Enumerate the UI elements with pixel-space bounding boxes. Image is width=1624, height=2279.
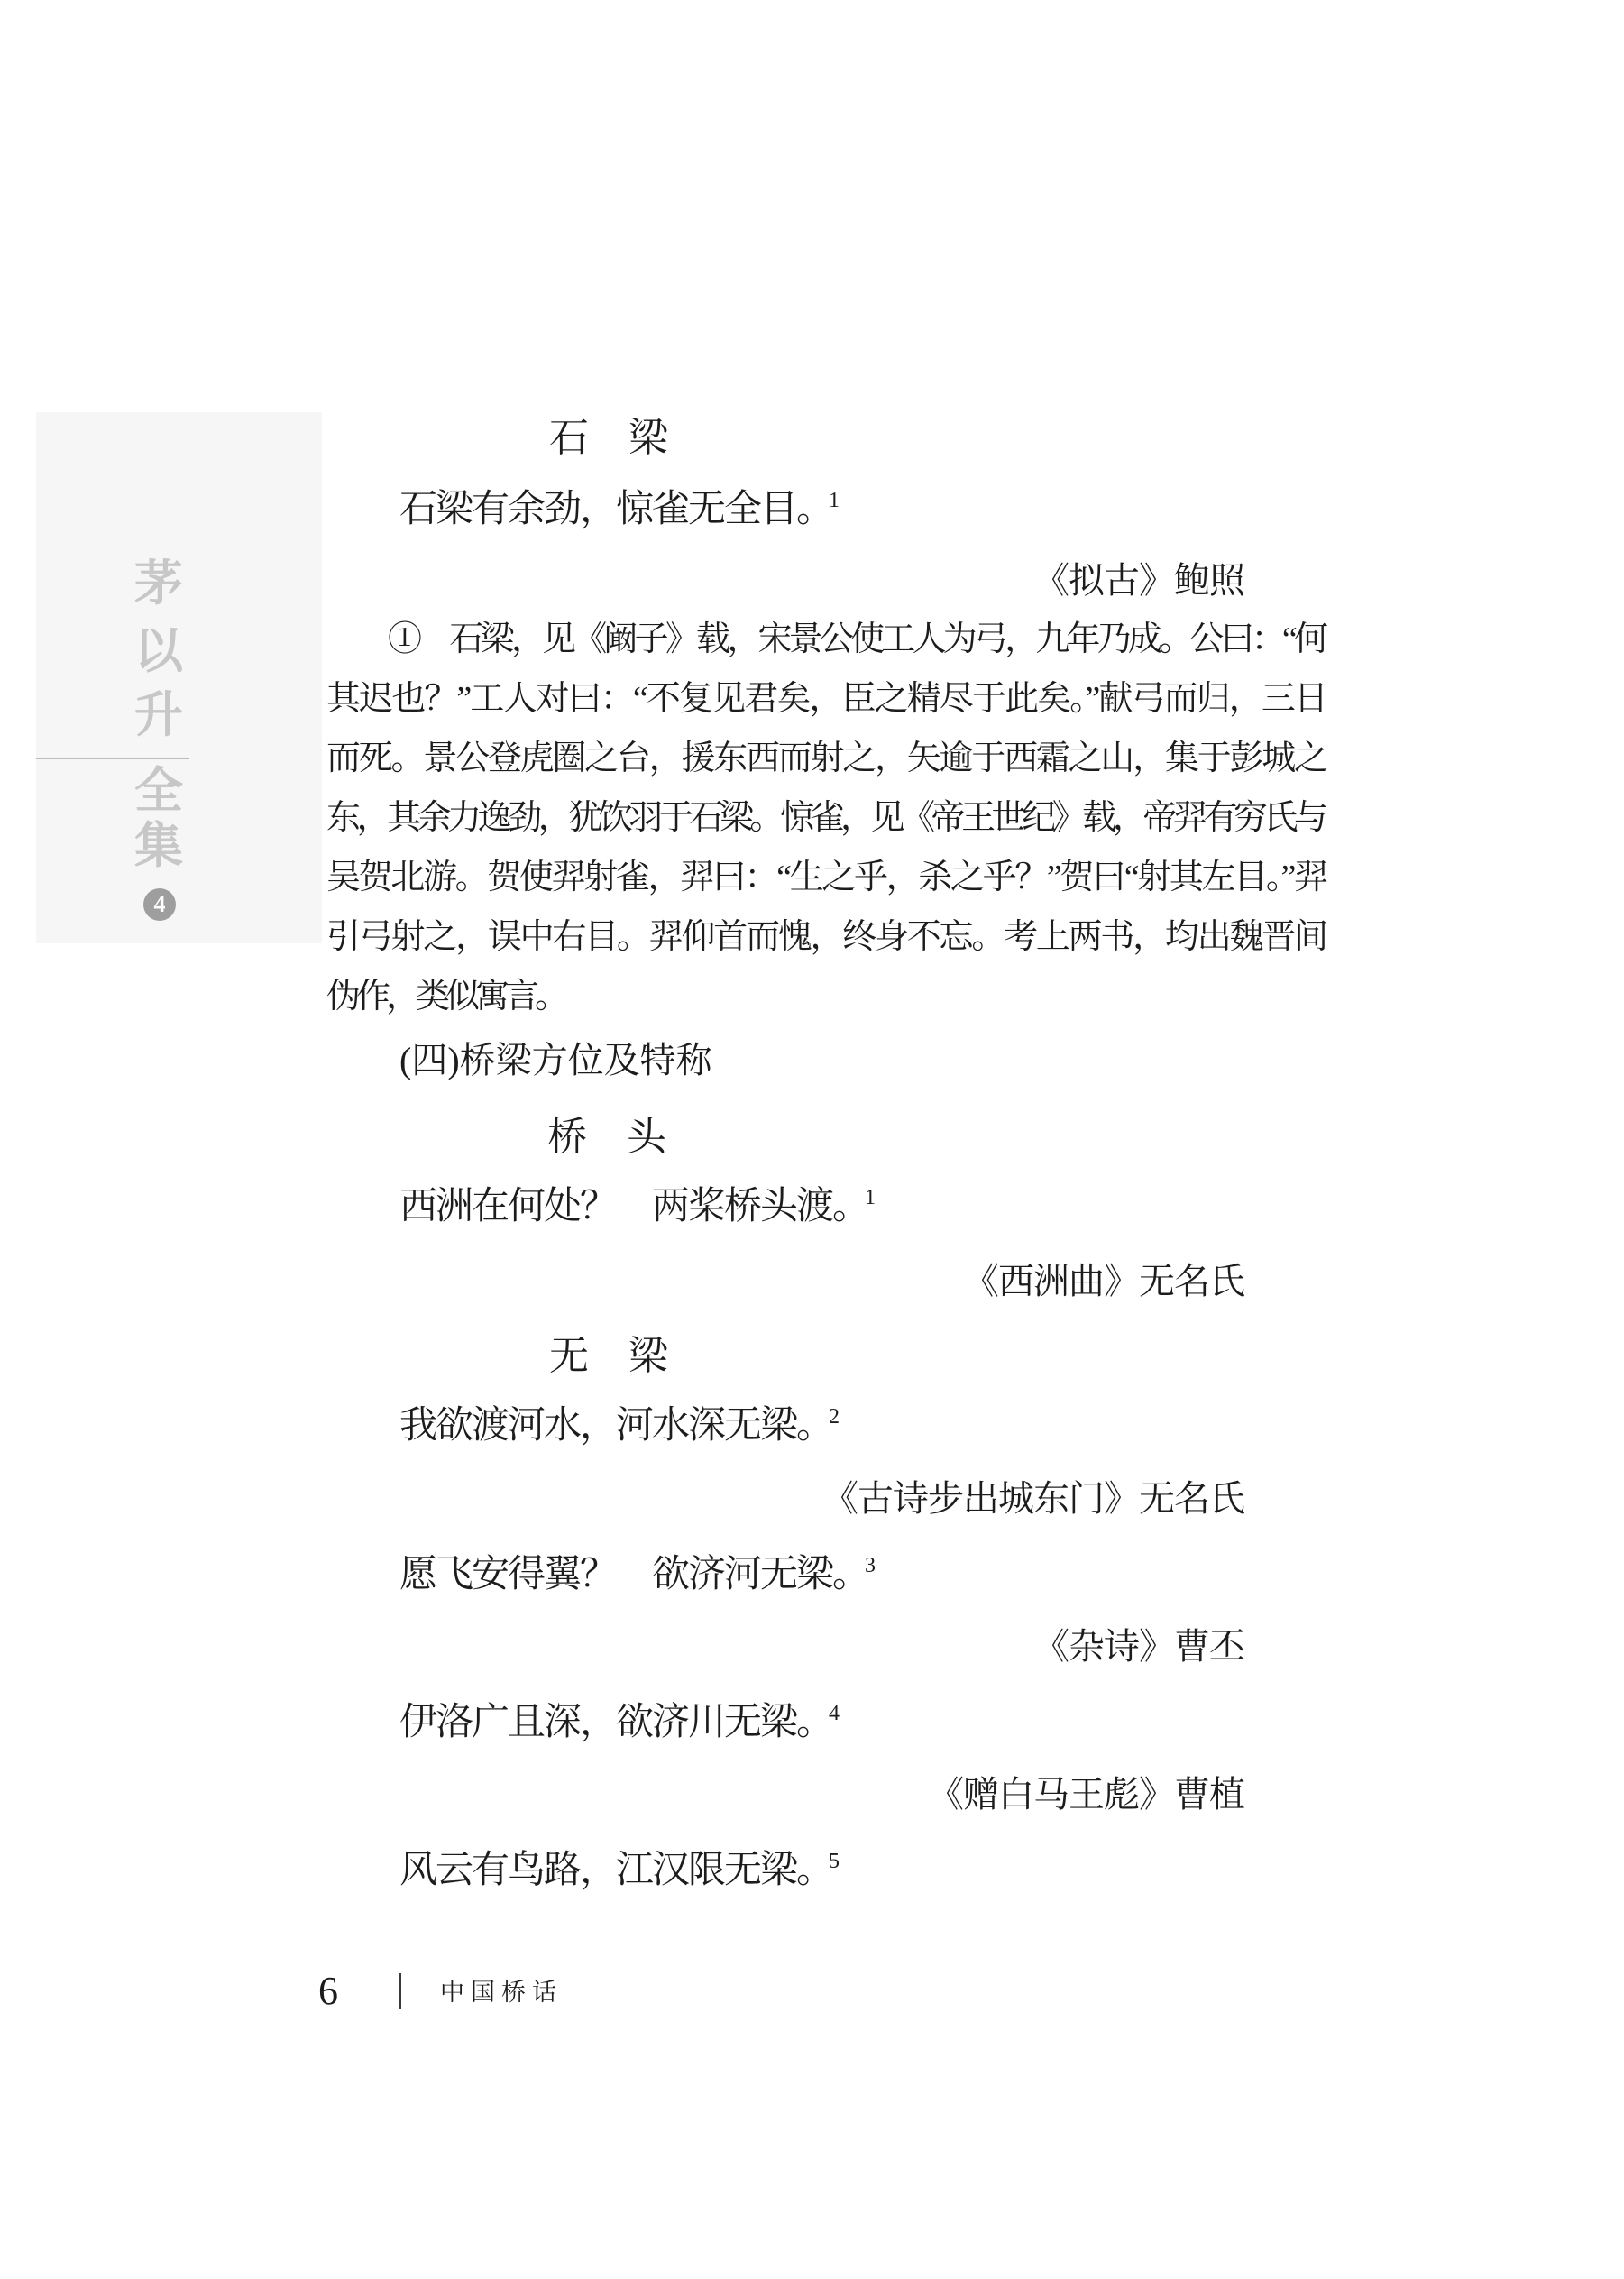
footnote-marker: 4: [829, 1702, 840, 1725]
annotation-line: 伪作，类似寓言。: [326, 967, 1324, 1026]
annotation-block: ① 石梁，见《阚子》载，宋景公使工人为弓，九年乃成。公曰：“何 其迟也？”工人对…: [326, 610, 1324, 1026]
footnote-marker: 1: [829, 489, 840, 512]
sidebar-divider-line: [36, 758, 189, 759]
verse-text: 石梁有余劲，惊雀无全目。: [399, 489, 832, 530]
sidebar-series-char-1: 茅: [87, 559, 231, 608]
footnote-marker: 2: [829, 1405, 840, 1429]
verse-text: 愿飞安得翼？ 欲济河无梁。: [399, 1554, 868, 1595]
page-number: 6: [318, 1971, 338, 2011]
verse-no-beam-3: 伊洛广且深，欲济川无梁。4: [399, 1703, 840, 1741]
poem-title-stone-beam: 石 梁: [549, 418, 668, 458]
poem-title-bridge-head: 桥 头: [547, 1117, 666, 1157]
annotation-line: ① 石梁，见《阚子》载，宋景公使工人为弓，九年乃成。公曰：“何: [326, 610, 1324, 669]
verse-stone-beam: 石梁有余劲，惊雀无全目。1: [399, 490, 840, 528]
volume-number-badge: 4: [143, 888, 176, 921]
footer-book-title: 中国桥话: [440, 1980, 563, 2005]
attribution-xi-zhou-qu: 《西洲曲》无名氏: [963, 1264, 1244, 1300]
verse-bridge-head: 西洲在何处？ 两桨桥头渡。1: [399, 1187, 876, 1226]
sidebar-series-char-4: 全: [87, 767, 231, 815]
book-page: 茅 以 升 全 集 4 石 梁 石梁有余劲，惊雀无全目。1 《拟古》鲍照 ① 石…: [0, 0, 1624, 2279]
verse-text: 我欲渡河水，河水深无梁。: [399, 1405, 832, 1447]
footnote-marker: 3: [865, 1554, 876, 1577]
verse-text: 伊洛广且深，欲济川无梁。: [399, 1702, 832, 1743]
footnote-marker: 1: [865, 1186, 876, 1209]
footnote-marker: 5: [829, 1850, 840, 1873]
sidebar-series-char-3: 升: [87, 691, 231, 740]
verse-text: 西洲在何处？ 两桨桥头渡。: [399, 1186, 868, 1227]
verse-no-beam-2: 愿飞安得翼？ 欲济河无梁。3: [399, 1555, 876, 1594]
poem-title-no-beam: 无 梁: [549, 1337, 668, 1376]
verse-text: 风云有鸟路，江汉限无梁。: [399, 1850, 832, 1891]
annotation-line: 而死。景公登虎圈之台，援东西而射之，矢逾于西霜之山，集于彭城之: [326, 729, 1324, 788]
annotation-line: 东，其余力逸劲，犹饮羽于石梁。惊雀，见《帝王世纪》载，帝羿有穷氏与: [326, 788, 1324, 848]
annotation-line: 引弓射之，误中右目。羿仰首而愧，终身不忘。考上两书，均出魏晋间: [326, 907, 1324, 967]
attribution-ni-gu: 《拟古》鲍照: [1033, 563, 1244, 599]
attribution-zeng-bai-ma: 《赠白马王彪》曹植: [928, 1777, 1244, 1813]
annotation-line: 吴贺北游。贺使羿射雀，羿曰：“生之乎，杀之乎？”贺曰“射其左目。”羿: [326, 848, 1324, 907]
sidebar-series-char-5: 集: [87, 822, 231, 870]
attribution-za-shi: 《杂诗》曹丕: [1033, 1629, 1244, 1665]
attribution-gu-shi: 《古诗步出城东门》无名氏: [822, 1481, 1244, 1517]
sidebar-series-char-2: 以: [87, 627, 231, 675]
verse-no-beam-4: 风云有鸟路，江汉限无梁。5: [399, 1851, 840, 1889]
annotation-line: 其迟也？”工人对曰：“不复见君矣，臣之精尽于此矣。”献弓而归，三日: [326, 669, 1324, 729]
footer-divider-bar: [399, 1973, 401, 2009]
verse-no-beam-1: 我欲渡河水，河水深无梁。2: [399, 1406, 840, 1445]
section-heading-bridge-position: (四)桥梁方位及特称: [399, 1043, 712, 1079]
